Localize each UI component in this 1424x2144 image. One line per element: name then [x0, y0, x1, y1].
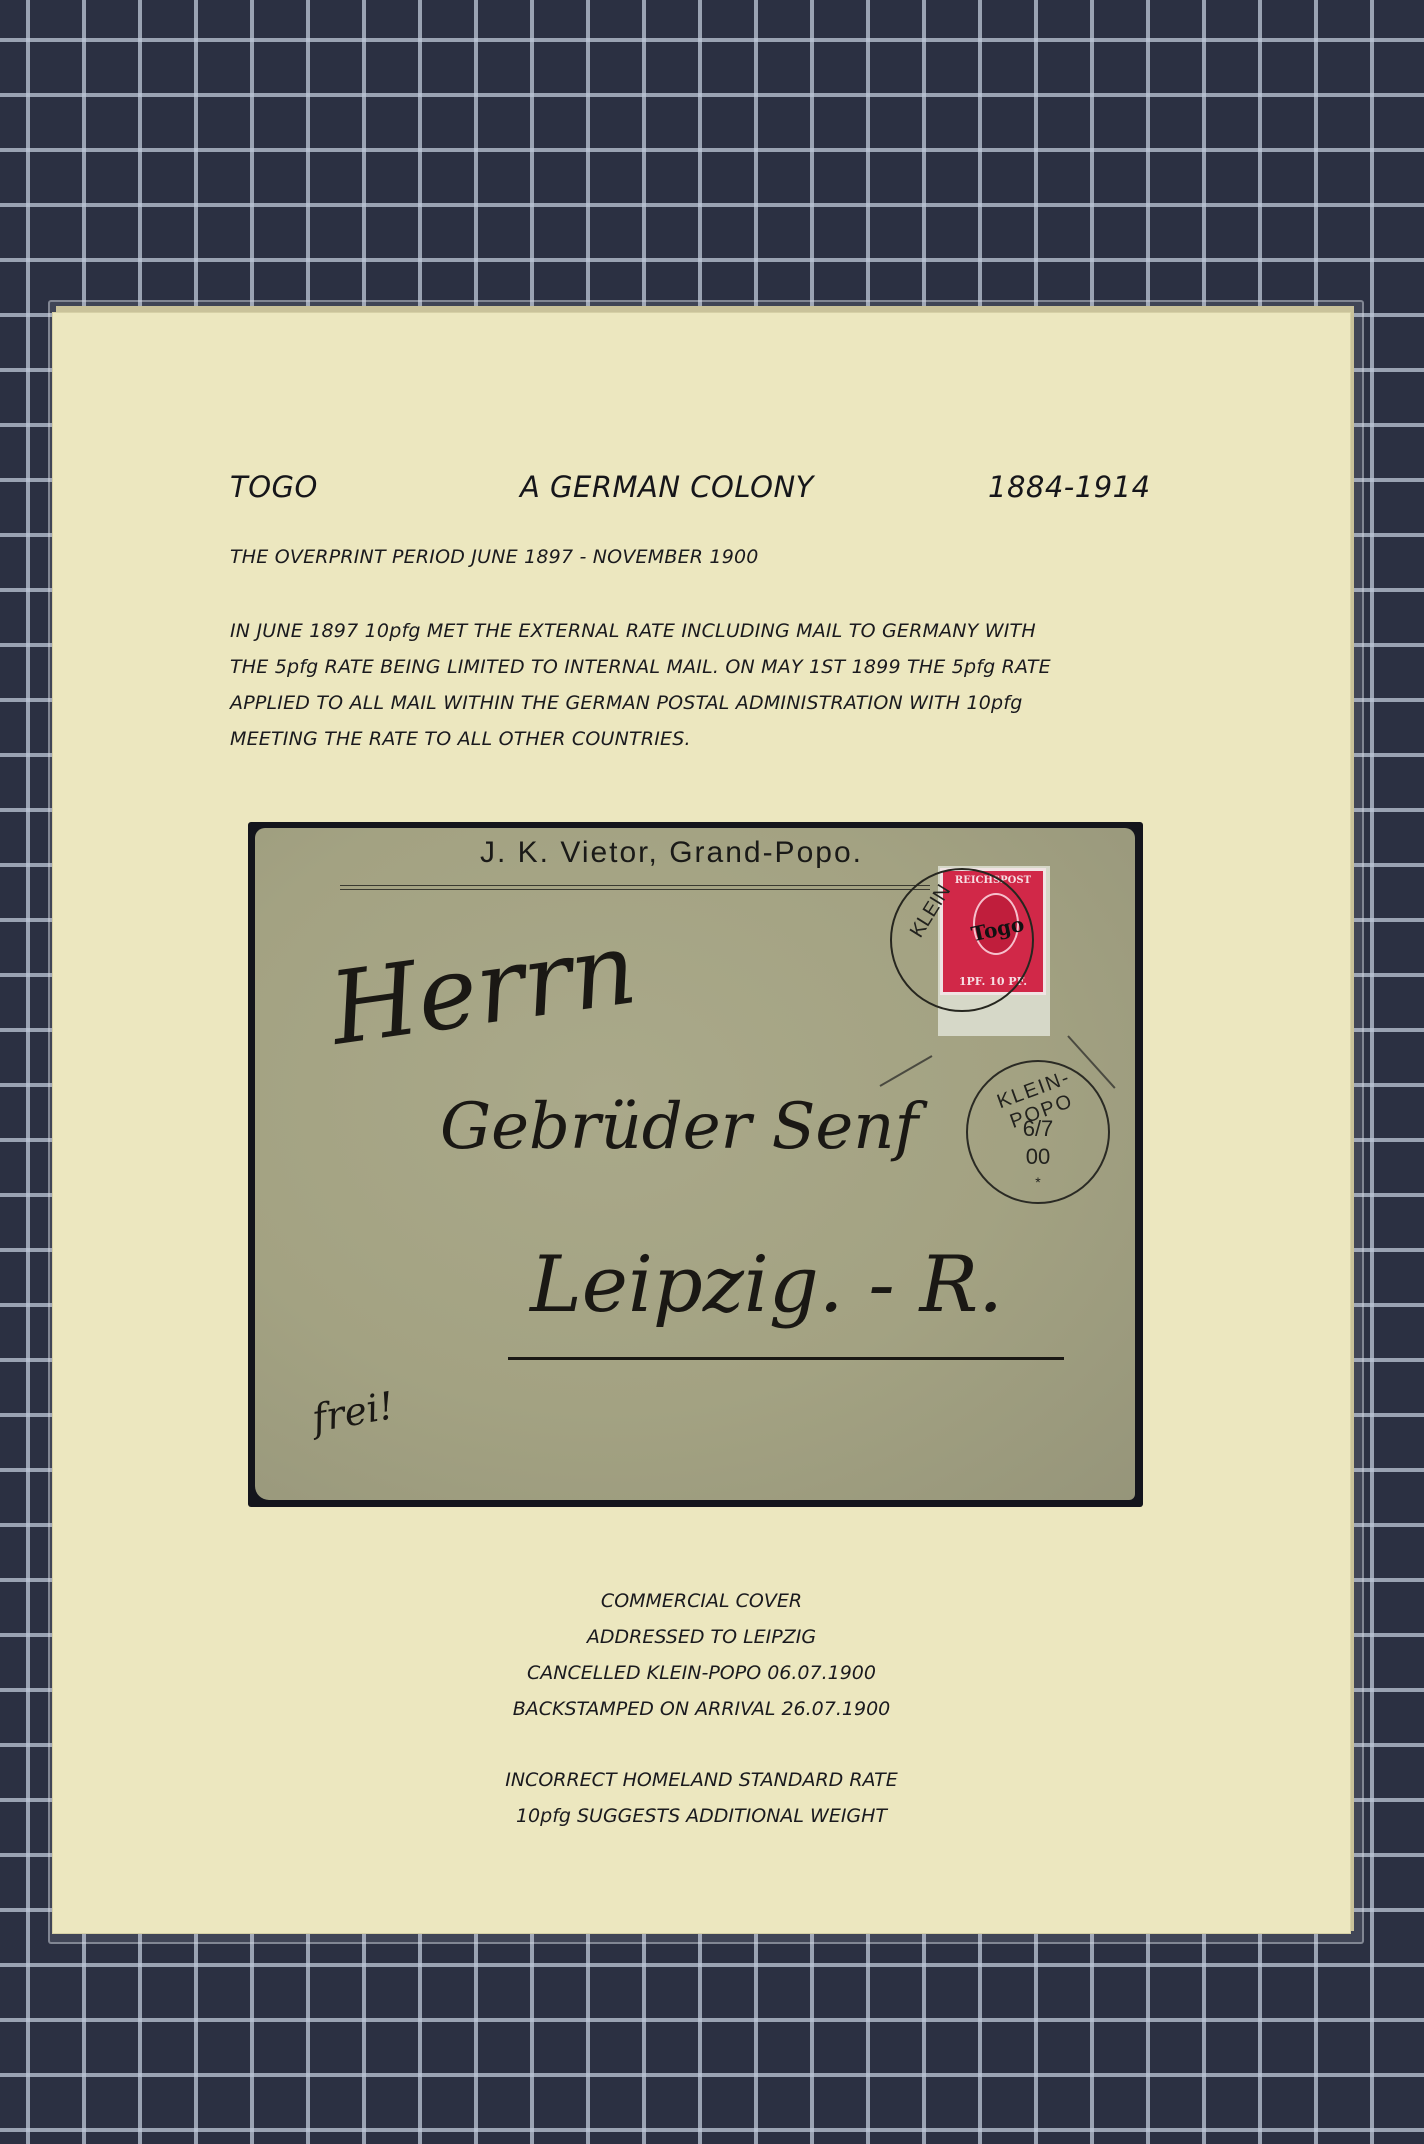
- postmark-year: 00: [968, 1144, 1108, 1170]
- description-line: MEETING THE RATE TO ALL OTHER COUNTRIES.: [230, 728, 691, 750]
- postmark-date: 6/7: [968, 1116, 1108, 1142]
- description-line: IN JUNE 1897 10pfg MET THE EXTERNAL RATE…: [230, 620, 1036, 642]
- address-name: Gebrüder Senf: [440, 1090, 918, 1164]
- sender-imprint: J. K. Vietor, Grand-Popo.: [480, 836, 863, 870]
- postmark-klein-popo: KLEIN-POPO 6/7 00 *: [966, 1060, 1110, 1204]
- imprint-rule: [340, 885, 930, 886]
- caption-line: COMMERCIAL COVER: [53, 1590, 1350, 1612]
- caption-line: CANCELLED KLEIN-POPO 06.07.1900: [53, 1662, 1350, 1684]
- description-line: APPLIED TO ALL MAIL WITHIN THE GERMAN PO…: [230, 692, 1022, 714]
- period-heading: THE OVERPRINT PERIOD JUNE 1897 - NOVEMBE…: [230, 546, 759, 568]
- description-line: THE 5pfg RATE BEING LIMITED TO INTERNAL …: [230, 656, 1051, 678]
- note-line: 10pfg SUGGESTS ADDITIONAL WEIGHT: [53, 1805, 1350, 1827]
- caption-line: BACKSTAMPED ON ARRIVAL 26.07.1900: [53, 1698, 1350, 1720]
- header-years: 1884-1914: [988, 470, 1151, 504]
- address-city: Leipzig. - R.: [530, 1240, 1003, 1330]
- header-country: TOGO: [230, 470, 318, 504]
- postmark-on-stamp: KLEIN: [890, 868, 1034, 1012]
- address-underline: [508, 1357, 1064, 1360]
- caption-line: ADDRESSED TO LEIPZIG: [53, 1626, 1350, 1648]
- imprint-rule: [340, 889, 930, 890]
- header-subtitle: A GERMAN COLONY: [520, 470, 814, 504]
- postmark-town-partial: KLEIN: [906, 881, 956, 942]
- note-line: INCORRECT HOMELAND STANDARD RATE: [53, 1769, 1350, 1791]
- postmark-star-icon: *: [968, 1174, 1108, 1190]
